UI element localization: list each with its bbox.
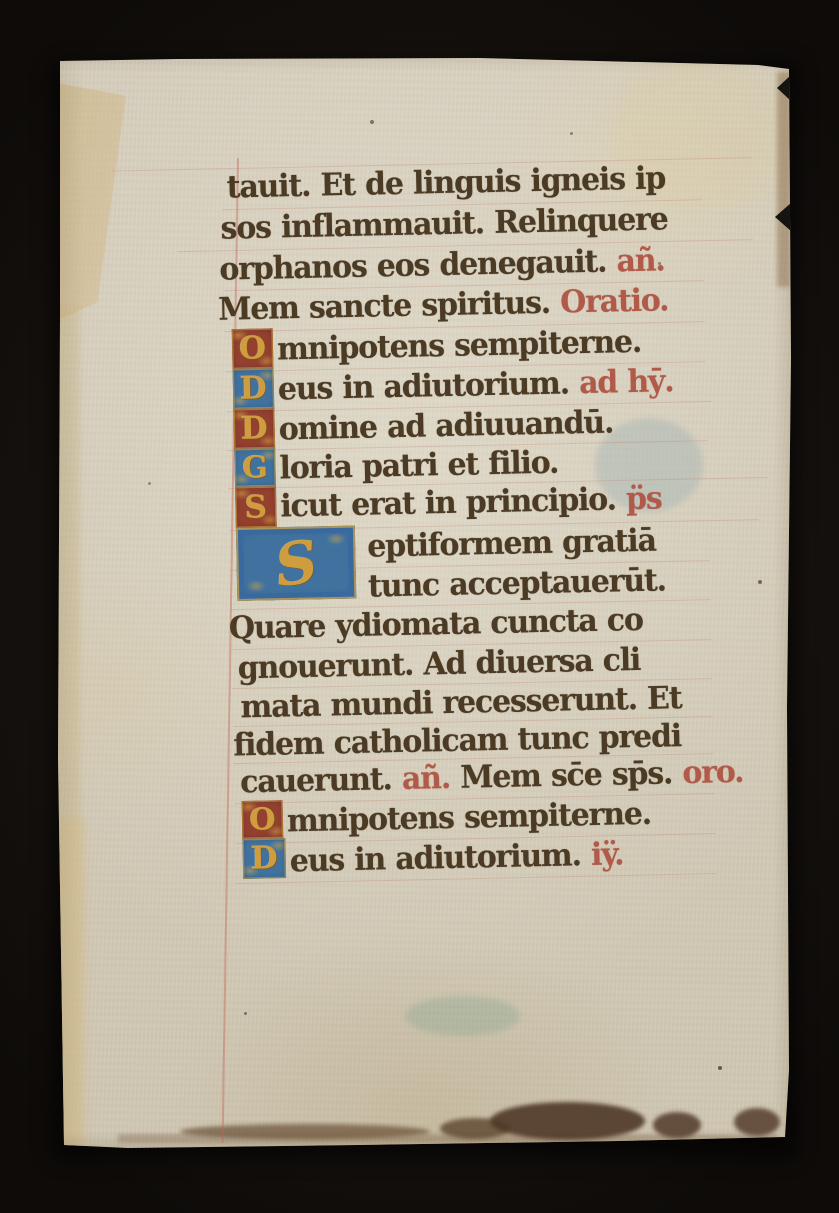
manuscript-text-line: icut erat in principio. p̈s bbox=[280, 478, 662, 528]
initial-letter: G bbox=[242, 450, 268, 486]
initial-letter: S bbox=[244, 489, 267, 525]
ink-text: eptiformem gratiā bbox=[367, 523, 656, 565]
illuminated-initial-D: D bbox=[233, 408, 275, 449]
initial-letter: O bbox=[249, 802, 276, 838]
illuminated-initial-O: O bbox=[242, 800, 284, 839]
illuminated-initial-S: S bbox=[235, 486, 277, 528]
rubric-text: Oratio. bbox=[560, 282, 669, 321]
text-block: ODDGSSODtauit. Et de linguis igneis ipso… bbox=[49, 46, 805, 1151]
ink-text: mnipotens sempiterne. bbox=[287, 796, 652, 840]
initial-letter: O bbox=[239, 330, 267, 367]
initial-letter: D bbox=[240, 410, 268, 447]
rubric-text: oro. bbox=[682, 754, 744, 792]
ink-text: eus in adiutorium. bbox=[289, 837, 591, 880]
ink-text: eus in adiutorium. bbox=[278, 365, 580, 408]
illuminated-initial-O: O bbox=[232, 328, 274, 369]
manuscript-text-line: eus in adiutorium. iÿ. bbox=[289, 834, 623, 883]
initial-letter: S bbox=[271, 527, 322, 600]
illuminated-initial-D: D bbox=[233, 368, 275, 409]
ink-text: omine ad adiuuandū. bbox=[278, 404, 613, 447]
manuscript-leaf: ODDGSSODtauit. Et de linguis igneis ipso… bbox=[58, 58, 791, 1148]
illuminated-initial-D: D bbox=[242, 838, 286, 879]
manuscript-text-line: omine ad adiuuandū. bbox=[278, 402, 613, 451]
photo-background: ODDGSSODtauit. Et de linguis igneis ipso… bbox=[0, 0, 839, 1213]
ink-text: tauit. Et de linguis igneis ip bbox=[226, 160, 665, 206]
ink-text: tunc acceptauerūt. bbox=[368, 562, 666, 605]
ink-text: orphanos eos denegauit. bbox=[219, 243, 617, 288]
ink-text: sos inflammauit. Relinquere bbox=[220, 201, 668, 247]
illuminated-initial-S: S bbox=[236, 526, 357, 601]
ink-text: Mem sancte spiritus. bbox=[218, 284, 561, 328]
rubric-text: p̈s bbox=[626, 480, 662, 517]
initial-letter: D bbox=[250, 840, 278, 877]
rubric-text: ad hȳ. bbox=[579, 363, 674, 401]
ink-text: mnipotens sempiterne. bbox=[277, 324, 642, 368]
rubric-text: añ. bbox=[616, 242, 665, 279]
ink-text: Mem sc̄e sp̄s. bbox=[460, 755, 683, 796]
rubric-text: iÿ. bbox=[591, 836, 624, 873]
manuscript-text-line: eus in adiutorium. ad hȳ. bbox=[278, 361, 674, 411]
initial-letter: D bbox=[240, 370, 268, 407]
rubric-text: añ. bbox=[402, 760, 461, 798]
ink-text: icut erat in principio. bbox=[280, 481, 626, 525]
illuminated-initial-G: G bbox=[234, 448, 276, 487]
ink-text: cauerunt. bbox=[240, 761, 403, 801]
